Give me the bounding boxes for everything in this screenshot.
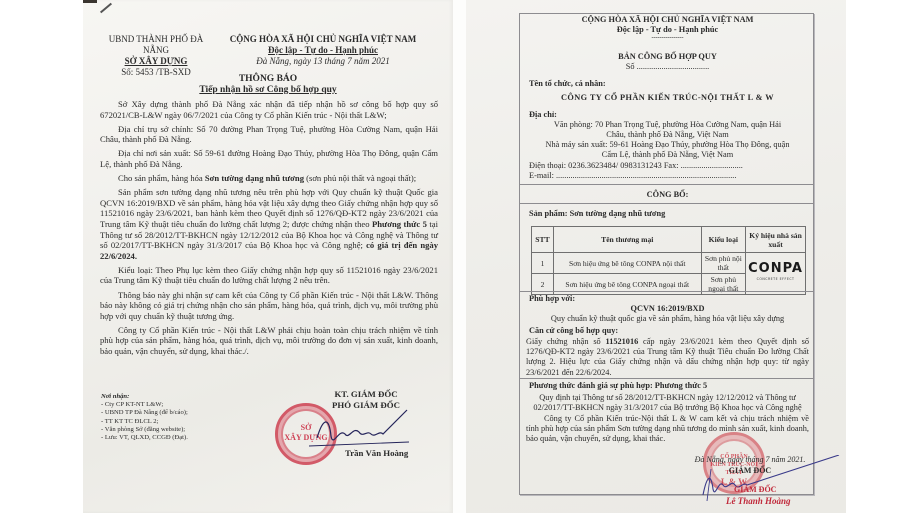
recipient-item: - UBND TP Đà Nẵng (để b/cáo); (101, 409, 251, 417)
header-divider: ---------------- (520, 35, 815, 42)
manufacturer-logo-cell: CONPA CONCRETE EFFECT (746, 253, 806, 295)
table-row: 1 Sơn hiệu ứng bê tông CONPA nội thất Sơ… (532, 253, 806, 274)
row-trade-name: Sơn hiệu ứng bê tông CONPA nội thất (553, 253, 701, 274)
email: E-mail: ................................… (520, 171, 815, 181)
declaration-title: BẢN CÔNG BỐ HỢP QUY (520, 52, 815, 62)
certificate-number: 11521016 (606, 337, 639, 346)
declaration-title-block: BẢN CÔNG BỐ HỢP QUY Số .................… (520, 52, 815, 72)
national-header: CỘNG HÒA XÃ HỘI CHỦ NGHĨA VIỆT NAM Độc l… (213, 34, 433, 67)
body-paragraph: Công ty Cổ phần Kiến trúc - Nội thất L&W… (100, 325, 438, 357)
body-paragraph: Kiểu loại: Theo Phụ lục kèm theo Giấy ch… (100, 265, 438, 286)
body-paragraph: Thông báo này ghi nhận sự cam kết của Cô… (100, 290, 438, 322)
section-divider (520, 184, 813, 185)
announce-heading: CÔNG BỐ: (520, 190, 815, 200)
conform-label: Phù hợp với: (520, 294, 815, 304)
column-header: Ký hiệu nhà sản xuất (746, 227, 806, 253)
product-table: STT Tên thương mại Kiểu loại Ký hiệu nhà… (531, 226, 806, 295)
director-name-stamp: Lê Thanh Hoàng (726, 496, 791, 506)
page-gap (453, 0, 466, 513)
signer-name: Trần Văn Hoàng (345, 448, 408, 458)
text: (sơn phủ nội thất và ngoại thất); (304, 173, 416, 183)
column-header: STT (532, 227, 554, 253)
body-paragraph: Địa chỉ nơi sản xuất: Số 59-61 đường Hoà… (100, 148, 438, 169)
national-motto: Độc lập - Tự do - Hạnh phúc (213, 45, 433, 56)
text: Cho sản phẩm, hàng hóa (118, 173, 205, 183)
assessment-method: Phương thức đánh giá sự phù hợp: Phương … (520, 381, 815, 391)
column-header: Kiểu loại (701, 227, 746, 253)
notice-document-page: UBND THÀNH PHỐ ĐÀ NẴNG SỞ XÂY DỰNG Số: 5… (83, 0, 453, 513)
section-divider (520, 291, 813, 292)
recipients-list: Nơi nhận: - Cty CP KT-NT L&W; - UBND TP … (101, 393, 251, 442)
declaration-number: Số ................................... (520, 62, 815, 72)
section-divider (520, 378, 813, 379)
product-name: Sơn tường dạng nhũ tương (205, 173, 304, 183)
notice-title-block: THÔNG BÁO Tiếp nhận hồ sơ Công bố hợp qu… (83, 74, 453, 96)
declaration-document-page: CỘNG HÒA XÃ HỘI CHỦ NGHĨA VIỆT NAM Độc l… (466, 0, 846, 513)
product-line: Sản phẩm: Sơn tường dạng nhũ tương (520, 209, 815, 219)
place-date: Đà Nẵng, ngày 13 tháng 7 năm 2021 (213, 56, 433, 67)
column-header: Tên thương mại (553, 227, 701, 253)
conpa-logo: CONPA (748, 263, 803, 275)
product-paragraph: Cho sản phẩm, hàng hóa Sơn tường dạng nh… (100, 173, 438, 184)
director-title-stamp: GIÁM ĐỐC (734, 485, 776, 494)
basis-text: Giấy chứng nhận số 11521016 cấp ngày 23/… (520, 337, 815, 378)
commitment-text: Công ty Cổ phần Kiến trúc-Nội thất L & W… (520, 414, 815, 445)
page-corner-shadow (83, 0, 97, 3)
phone-fax: Điện thoại: 0236.3623484/ 0983131243 Fax… (520, 161, 815, 171)
standard-description: Quy chuẩn kỹ thuật quốc gia về sản phẩm,… (520, 314, 815, 324)
notice-title: THÔNG BÁO (83, 74, 453, 85)
recipient-item: - Cty CP KT-NT L&W; (101, 401, 251, 409)
org-label: Tên tổ chức, cá nhân: (520, 79, 815, 89)
office-address: Văn phòng: 70 Phan Trọng Tuệ, phường Hòa… (520, 120, 815, 140)
body-paragraph: Sở Xây dựng thành phố Đà Nẵng xác nhận đ… (100, 99, 438, 120)
handwritten-signature (309, 408, 419, 453)
standard-code: QCVN 16:2019/BXD (520, 304, 815, 314)
factory-address: Nhà máy sản xuất: 59-61 Hoàng Đạo Thúy, … (520, 140, 815, 160)
certification-method: Phương thức 5 (372, 219, 427, 229)
issuer-authority: UBND THÀNH PHỐ ĐÀ NẴNG (96, 34, 216, 56)
recipient-item: - Văn phòng Sở (đăng website); (101, 426, 251, 434)
national-motto: Độc lập - Tự do - Hạnh phúc (520, 25, 815, 35)
country-name: CỘNG HÒA XÃ HỘI CHỦ NGHĨA VIỆT NAM (213, 34, 433, 45)
recipient-item: - TT KT TC ĐLCL 2; (101, 418, 251, 426)
recipient-item: - Lưu: VT, QLXD, CCGĐ (Đạt). (101, 434, 251, 442)
conformity-paragraph: Sản phẩm sơn tường dạng nhũ tương nêu tr… (100, 187, 438, 261)
row-stt: 1 (532, 253, 554, 274)
pen-mark (100, 3, 112, 14)
issuer-department: SỞ XÂY DỰNG (96, 56, 216, 67)
national-header: CỘNG HÒA XÃ HỘI CHỦ NGHĨA VIỆT NAM Độc l… (520, 15, 815, 42)
signature-title-line: KT. GIÁM ĐỐC (301, 389, 431, 400)
text: Giấy chứng nhận số (526, 337, 606, 346)
address-label: Địa chỉ: (520, 110, 815, 120)
country-name: CỘNG HÒA XÃ HỘI CHỦ NGHĨA VIỆT NAM (520, 15, 815, 25)
notice-subtitle: Tiếp nhận hồ sơ Công bố hợp quy (83, 85, 453, 96)
row-type: Sơn phủ nội thất (701, 253, 746, 274)
table-header-row: STT Tên thương mại Kiểu loại Ký hiệu nhà… (532, 227, 806, 253)
declaration-frame: CỘNG HÒA XÃ HỘI CHỦ NGHĨA VIỆT NAM Độc l… (519, 13, 814, 495)
org-name: CÔNG TY CỔ PHẦN KIẾN TRÚC-NỘI THẤT L & W (520, 93, 815, 103)
recipients-heading: Nơi nhận: (101, 393, 251, 401)
section-divider (520, 203, 813, 204)
issuer-block: UBND THÀNH PHỐ ĐÀ NẴNG SỞ XÂY DỰNG Số: 5… (96, 34, 216, 78)
method-description: Quy định tại Thông tư số 28/2012/TT-BKHC… (520, 393, 815, 413)
notice-body: Sở Xây dựng thành phố Đà Nẵng xác nhận đ… (100, 99, 438, 360)
body-paragraph: Địa chỉ trụ sở chính: Số 70 đường Phan T… (100, 124, 438, 145)
basis-label: Căn cứ công bố hợp quy: (520, 326, 815, 336)
conpa-logo-subtitle: CONCRETE EFFECT (748, 275, 803, 284)
